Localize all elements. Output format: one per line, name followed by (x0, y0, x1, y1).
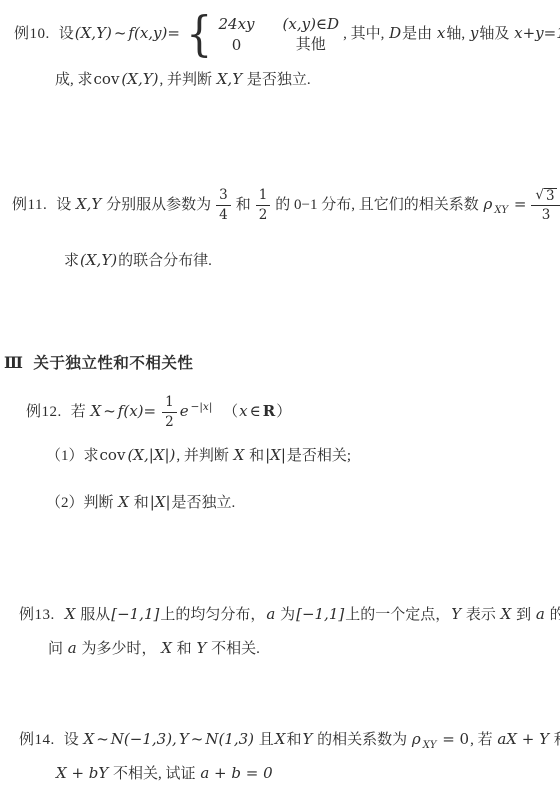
ex11-line2: 求(X,Y)的联合分布律. (64, 249, 212, 272)
ex14-line2: X + bY 不相关, 试证 a + b = 0 (55, 762, 274, 785)
ex10-line1: 例10.设(X,Y)~f(x,y)={24xy(x,y)∈D0其他, 其中, D… (14, 10, 560, 57)
ex11-text-he: 和 (236, 197, 251, 213)
case1-value: 24xy (219, 14, 255, 34)
ex14-line1: 例14.设 X~N(−1,3),Y~N(1,3) 且X和Y 的相关系数为 ρXY… (19, 728, 560, 757)
radical-sign: √ (535, 188, 544, 203)
ex13-l2-X: X (161, 639, 172, 657)
item2-number: （2） (46, 495, 84, 511)
ex13-interval2: [−1,1] (296, 605, 344, 623)
ex14-set: 设 (64, 732, 79, 748)
ex10-l2-xy: X,Y (217, 70, 242, 88)
ex10-text-shiyou: 是由 (402, 26, 432, 42)
ex10-l2-cheng: 成, 求 (55, 72, 93, 88)
fraction-1-2-ex12-num: 1 (162, 394, 177, 413)
ex10-math-D: D (389, 24, 401, 42)
ex11-l2-qiu: 求 (64, 253, 79, 269)
piecewise-grid: 24xy(x,y)∈D0其他 (218, 14, 341, 55)
ex13-Y: Y (451, 605, 461, 623)
ex14-X2: X (275, 730, 286, 748)
ex10-l2-judge: , 并判断 (159, 72, 212, 88)
ex14-X1: X (84, 730, 95, 748)
ex14-l2-ab0: a + b = 0 (200, 764, 272, 782)
ex14-tilde1: ~ (96, 730, 109, 748)
piecewise-cases: {24xy(x,y)∈D0其他 (184, 14, 340, 55)
ex14-N1: N(−1,3), (111, 730, 177, 748)
ex12-line: 例12.若 X~f(x)=12e−|x| （x∈R） (26, 384, 291, 435)
ex14-l2-XbY: X + bY (56, 764, 108, 782)
case1-condition: (x,y)∈D (283, 14, 340, 34)
item1-cov: cov (100, 446, 126, 464)
ex10-tilde: ~ (114, 24, 127, 42)
ex10-l2-pair: (X,Y) (121, 70, 158, 88)
ex11-line1: 例11.设 X,Y 分别服从参数为34和12的 0−1 分布, 且它们的相关系数… (12, 181, 560, 234)
ex10-math-pair: (X,Y) (75, 24, 112, 42)
item2-he: 和 (134, 495, 149, 511)
ex11-label: 例11. (12, 197, 47, 213)
case2-condition: 其他 (296, 35, 326, 55)
ex14-he1: 和 (286, 732, 301, 748)
ex10-text-axis1: 轴, (446, 26, 465, 42)
ex14-N2: N(1,3) (205, 730, 254, 748)
ex13-fucong: 服从 (80, 607, 110, 623)
item1-qiu: 求 (84, 448, 99, 464)
fraction-sqrt3-3-den: 3 (542, 206, 551, 224)
ex11-equals: = (514, 195, 527, 213)
fraction-1-2-num: 1 (256, 187, 271, 206)
item1-related: 是否相关; (287, 448, 351, 464)
ex12-label: 例12. (26, 404, 62, 420)
ex14-rho: ρ (412, 730, 421, 748)
ex10-label: 例10. (14, 26, 50, 42)
item1-args: (X,|X|) (127, 446, 175, 464)
ex13-a1: a (266, 605, 275, 623)
ex14-ruo: , 若 (470, 732, 493, 748)
ex11-text-params: 分别服从参数为 (106, 197, 211, 213)
ex13-l2-Y: Y (196, 639, 206, 657)
ex10-text-set: 设 (59, 26, 74, 42)
ex12-element-of: ∈ (250, 402, 261, 420)
ex14-l2-prove: 不相关, 试证 (113, 766, 196, 782)
ex13-uniform: 上的均匀分布， (160, 607, 265, 623)
ex10-line2: 成, 求cov(X,Y), 并判断 X,Y 是否独立. (55, 68, 311, 91)
ex13-l2-a: a (68, 639, 77, 657)
ex11-text-set: 设 (56, 197, 71, 213)
piecewise-brace: { (186, 14, 212, 55)
item2-judge: 判断 (84, 495, 114, 511)
radicand: 3 (544, 188, 557, 205)
ex13-wei: 为 (280, 607, 295, 623)
ex14-tilde2: ~ (191, 730, 204, 748)
fraction-sqrt3-3: √33 (531, 187, 560, 224)
ex10-math-fxy: f(x,y)= (128, 24, 180, 42)
item1-absX: |X| (265, 446, 286, 464)
ex14-label: 例14. (19, 732, 55, 748)
ex13-label: 例13. (19, 607, 55, 623)
ex13-biaoshi: 表示 (466, 607, 496, 623)
ex14-he2: 和 (554, 732, 560, 748)
fraction-3-4-den: 4 (219, 206, 228, 224)
item1-judge: , 并判断 (176, 448, 229, 464)
section3-title: 关于独立性和不相关性 (33, 355, 193, 372)
ex13-a2: a (536, 605, 545, 623)
section3-number: Ⅲ (4, 353, 23, 372)
ex10-l2-indep: 是否独立. (247, 72, 311, 88)
ex10-text-qizhong: , 其中, (343, 26, 384, 42)
ex10-math-line: x+y=1 (514, 24, 560, 42)
ex10-math-y: y (470, 24, 478, 42)
ex12-math-X: X (91, 402, 102, 420)
item2-absX: |X| (150, 493, 171, 511)
ex14-aXY: aX + Y (497, 730, 549, 748)
ex14-qie: 且 (259, 732, 274, 748)
ex13-X2: X (501, 605, 512, 623)
ex14-rho-subscript: XY (423, 740, 437, 751)
item2-line: （2）判断 X 和|X|是否独立. (46, 491, 235, 514)
item1-he: 和 (249, 448, 264, 464)
ex12-exponent: −|x| (191, 401, 213, 413)
ex12-math-x: x (239, 402, 247, 420)
ex13-distance: 的距离， (550, 607, 560, 623)
ex11-rho-subscript: XY (494, 205, 508, 216)
ex12-text-ruo: 若 (71, 404, 86, 420)
ex13-line2: 问 a 为多少时， X 和 Y 不相关. (48, 637, 260, 660)
ex11-text-dist: 的 0−1 分布, 且它们的相关系数 (275, 197, 478, 213)
ex13-l2-howmuch: 为多少时， (81, 641, 156, 657)
fraction-3-4: 34 (215, 187, 232, 224)
ex14-Y1: Y (179, 730, 189, 748)
fraction-sqrt3-3-num: √3 (531, 187, 560, 207)
ex10-l2-cov: cov (94, 70, 120, 88)
fraction-1-2-den: 2 (259, 206, 268, 224)
item2-indep: 是否独立. (172, 495, 236, 511)
ex12-paren-open: （ (223, 404, 238, 420)
item2-X: X (118, 493, 129, 511)
ex12-math-e: e (180, 402, 189, 420)
ex10-text-axis2: 轴及 (479, 26, 509, 42)
ex13-interval1: [−1,1] (111, 605, 159, 623)
ex11-l2-joint: 的联合分布律. (118, 253, 212, 269)
ex13-dao: 到 (516, 607, 531, 623)
ex12-reals-R: R (263, 402, 275, 420)
ex12-math-fx: f(x)= (118, 402, 156, 420)
item1-line: （1）求cov(X,|X|), 并判断 X 和|X|是否相关; (46, 444, 351, 467)
item1-number: （1） (46, 448, 84, 464)
document-page: 例10.设(X,Y)~f(x,y)={24xy(x,y)∈D0其他, 其中, D… (0, 0, 560, 796)
item1-X: X (234, 446, 245, 464)
ex11-math-xy: X,Y (76, 195, 101, 213)
ex14-eq0: = 0 (442, 730, 469, 748)
section3-heading: Ⅲ关于独立性和不相关性 (4, 352, 193, 375)
fraction-1-2-ex12: 12 (161, 394, 178, 431)
sqrt-3: √3 (534, 188, 557, 205)
ex13-X1: X (65, 605, 76, 623)
ex13-fixedpoint: 上的一个定点， (345, 607, 450, 623)
fraction-1-2-ex12-den: 2 (165, 413, 174, 431)
ex14-corrcoef: 的相关系数为 (317, 732, 407, 748)
ex13-l2-wen: 问 (48, 641, 63, 657)
ex11-rho: ρ (484, 195, 493, 213)
case2-value: 0 (232, 35, 242, 55)
fraction-1-2: 12 (255, 187, 272, 224)
ex14-Y2: Y (302, 730, 312, 748)
ex13-l2-he: 和 (177, 641, 192, 657)
ex13-l2-uncorr: 不相关. (211, 641, 260, 657)
ex12-tilde: ~ (103, 402, 116, 420)
fraction-3-4-num: 3 (216, 187, 231, 206)
ex13-line1: 例13.X 服从[−1,1]上的均匀分布，a 为[−1,1]上的一个定点，Y 表… (19, 603, 560, 626)
ex11-l2-pair: (X,Y) (80, 251, 117, 269)
ex12-paren-close: ） (276, 404, 291, 420)
ex10-math-x: x (437, 24, 445, 42)
